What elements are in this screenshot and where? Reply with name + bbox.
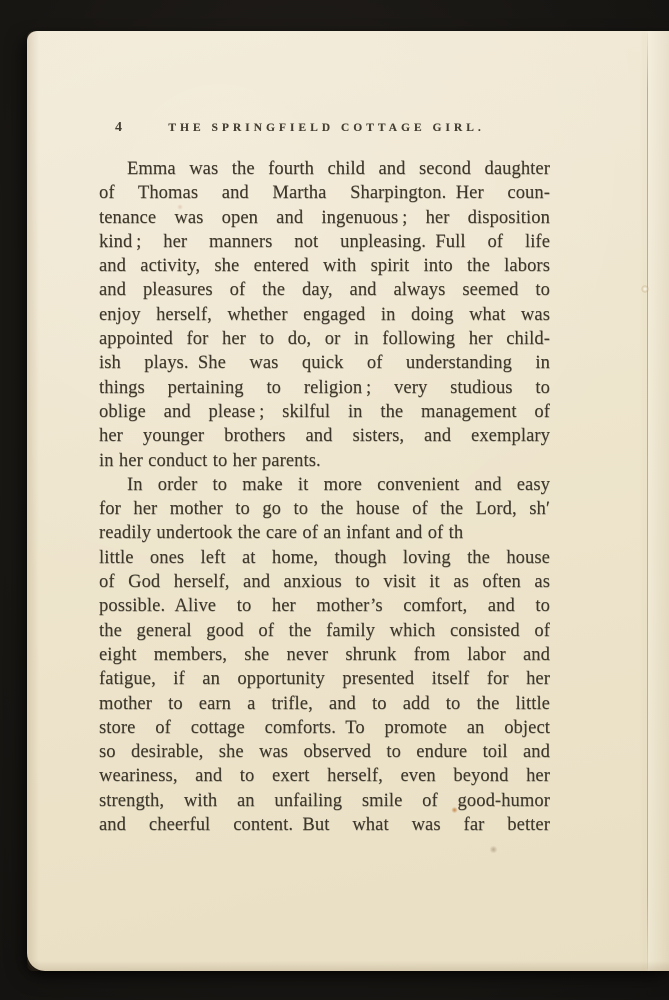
text-line: fatigue, if an opportunity presented its… (99, 667, 550, 691)
text-line: little ones left at home, though loving … (99, 546, 550, 570)
body-text: Emma was the fourth child and second dau… (99, 157, 550, 837)
paper-nick (641, 285, 649, 293)
text-line: and cheerful content. But what was far b… (99, 813, 550, 837)
text-line: tenance was open and ingenuous ; her dis… (99, 206, 550, 230)
text-line: of Thomas and Martha Sharpington. Her co… (99, 181, 550, 205)
text-line: possible. Alive to her mother’s comfort,… (99, 594, 550, 618)
paper-stain (489, 846, 498, 853)
next-page-edge (648, 31, 669, 971)
running-header: 4 THE SPRINGFIELD COTTAGE GIRL. (99, 119, 550, 141)
text-line: mother to earn a trifle, and to add to t… (99, 692, 550, 716)
text-line: kind ; her manners not unpleasing. Full … (99, 230, 550, 254)
text-line: of God herself, and anxious to visit it … (99, 570, 550, 594)
text-line: things pertaining to religion ; very stu… (99, 376, 550, 400)
text-line: in her conduct to her parents. (99, 449, 550, 473)
text-line: readily undertook the care of an infant … (99, 521, 550, 545)
text-line: and activity, she entered with spirit in… (99, 254, 550, 278)
text-line: ish plays. She was quick of understandin… (99, 351, 550, 375)
page-edge-crease (647, 33, 648, 969)
text-line: strength, with an unfailing smile of goo… (99, 789, 550, 813)
text-line: so desirable, she was observed to endure… (99, 740, 550, 764)
text-line: oblige and please ; skilful in the manag… (99, 400, 550, 424)
scan-photo: { "page": { "number": "4", "running_titl… (0, 0, 669, 1000)
text-line: In order to make it more convenient and … (99, 473, 550, 497)
text-line: weariness, and to exert herself, even be… (99, 764, 550, 788)
text-line: appointed for her to do, or in following… (99, 327, 550, 351)
text-line: her younger brothers and sisters, and ex… (99, 424, 550, 448)
page-number: 4 (115, 120, 123, 136)
book-page: 4 THE SPRINGFIELD COTTAGE GIRL. Emma was… (27, 31, 669, 971)
text-line: enjoy herself, whether engaged in doing … (99, 303, 550, 327)
text-line: Emma was the fourth child and second dau… (99, 157, 550, 181)
running-header-title: THE SPRINGFIELD COTTAGE GIRL. (99, 119, 550, 134)
text-line: eight members, she never shrunk from lab… (99, 643, 550, 667)
text-line: the general good of the family which con… (99, 619, 550, 643)
text-line: and pleasures of the day, and always see… (99, 278, 550, 302)
text-line: store of cottage comforts. To promote an… (99, 716, 550, 740)
text-line: for her mother to go to the house of the… (99, 497, 550, 521)
